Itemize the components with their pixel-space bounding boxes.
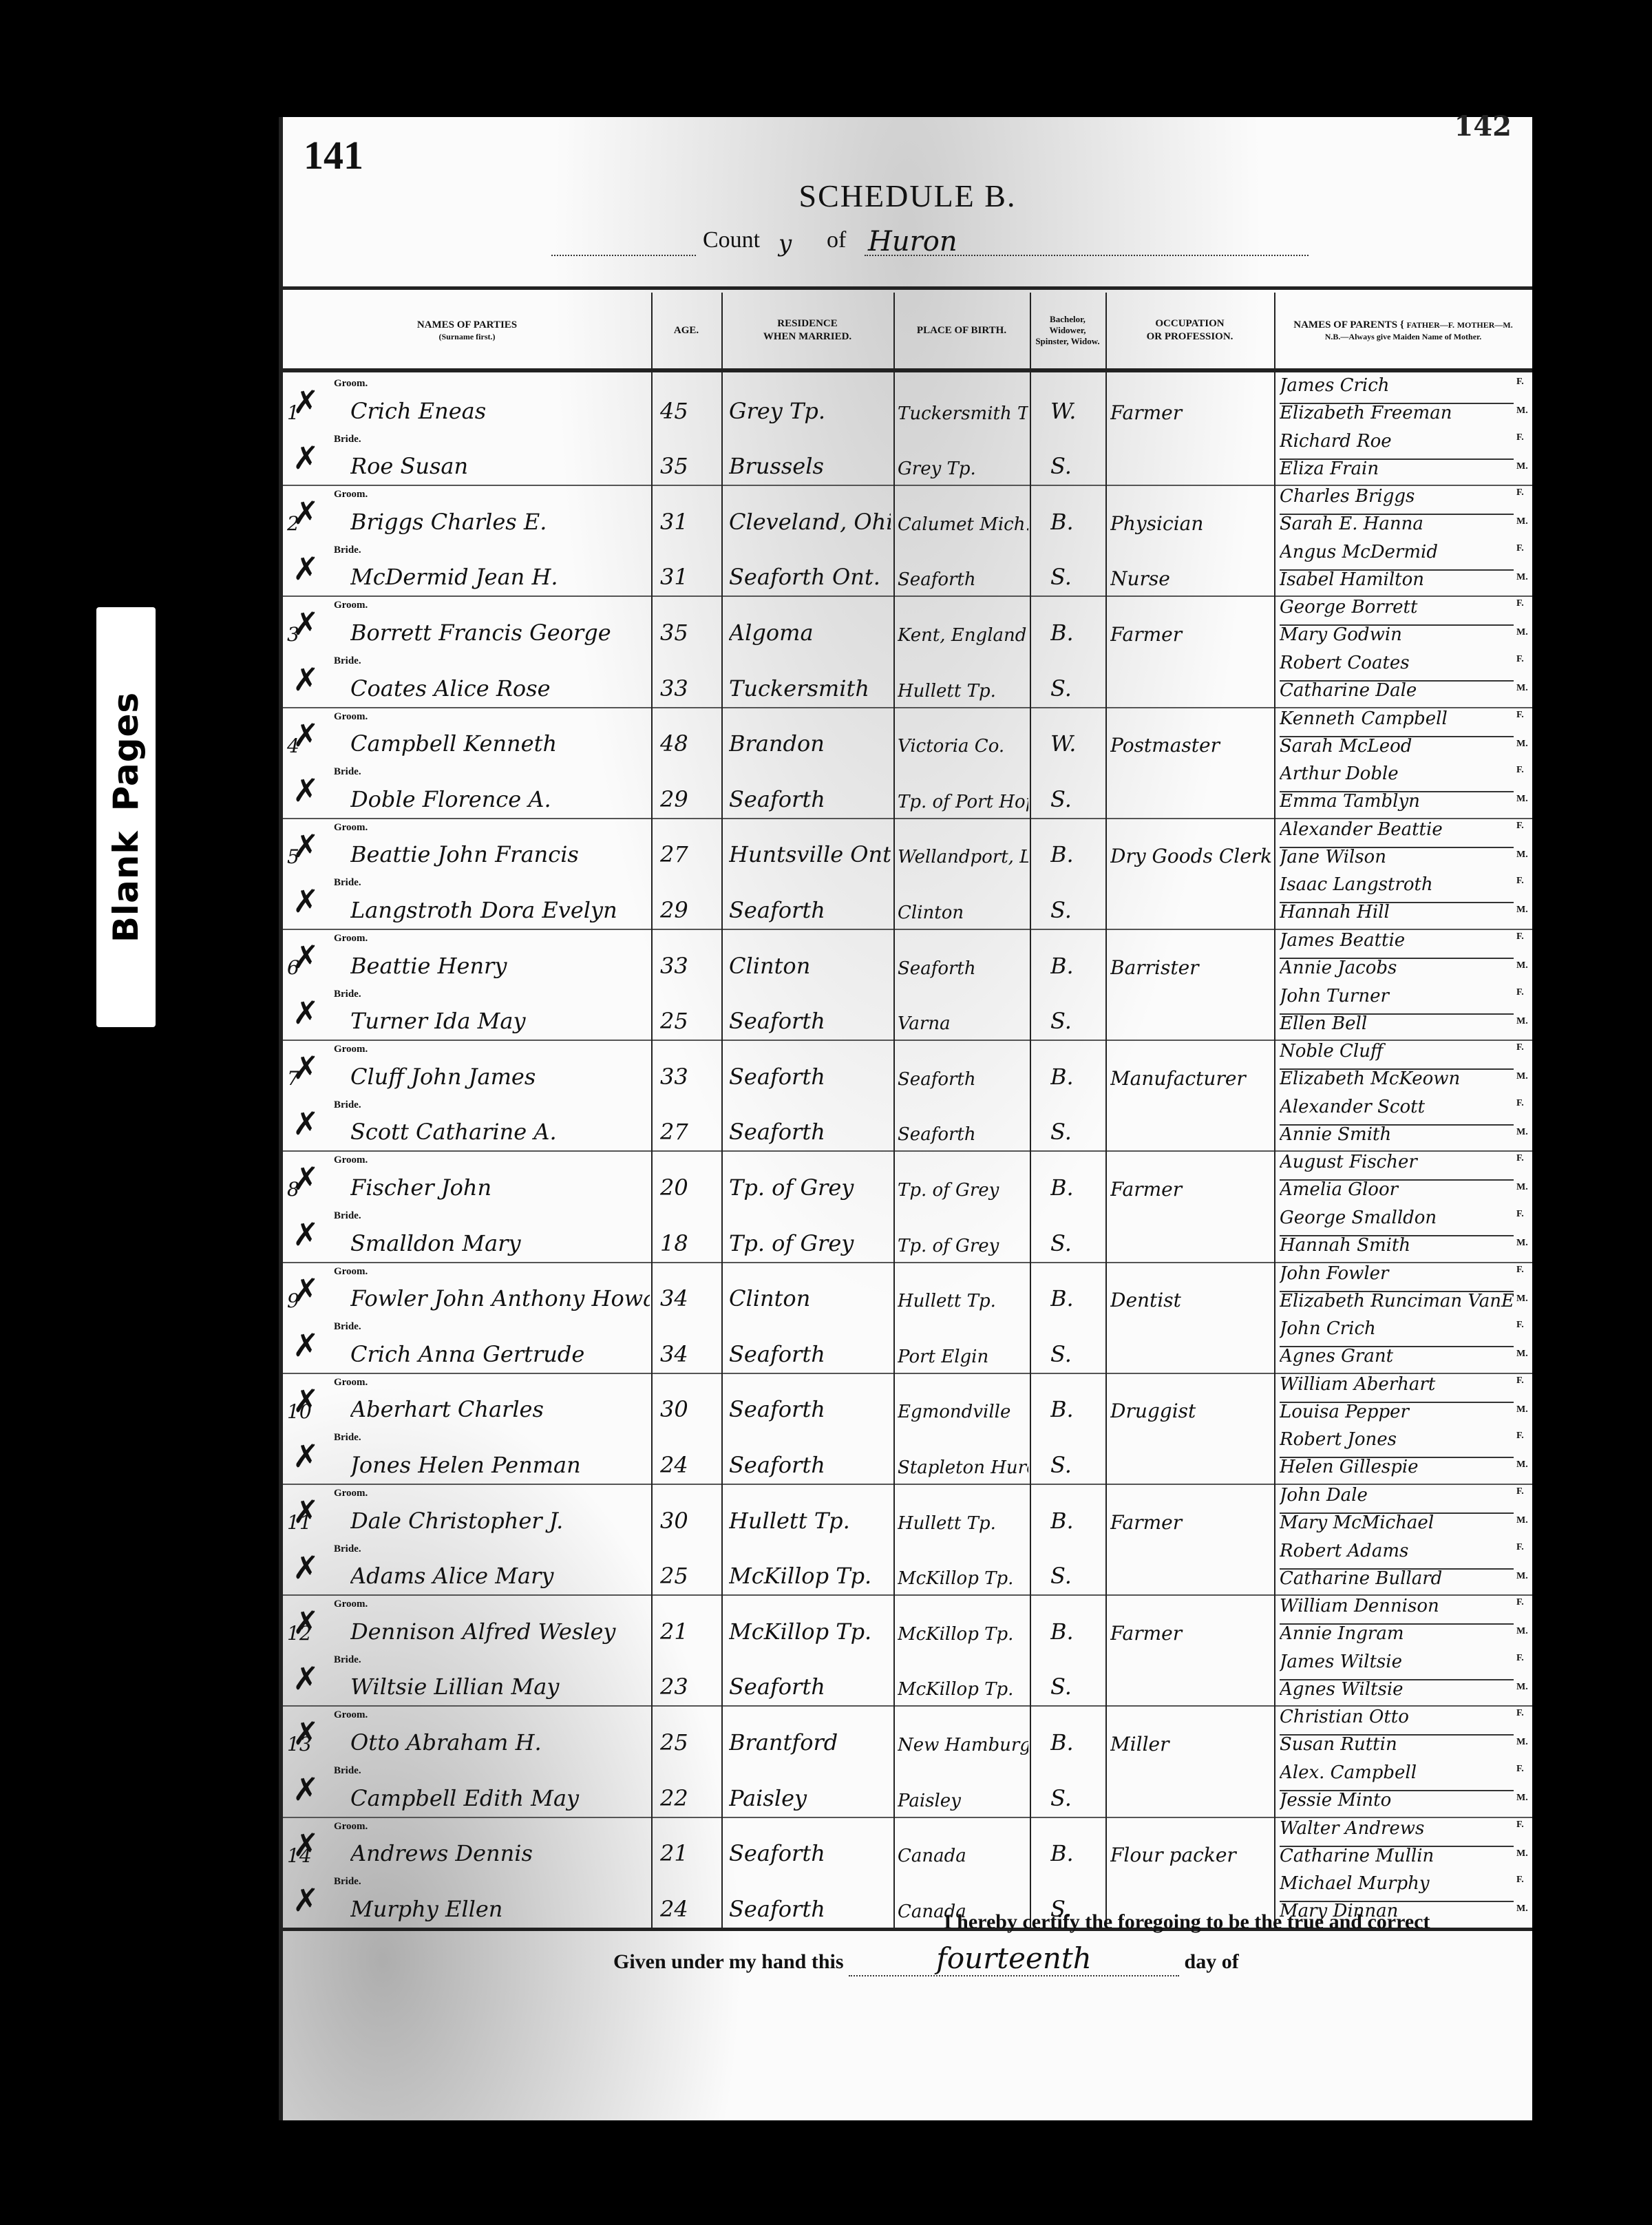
age: 23 <box>660 1674 719 1700</box>
residence: Seaforth <box>729 1341 891 1367</box>
party-name: Fowler John Anthony Howard <box>350 1285 650 1311</box>
age: 34 <box>660 1341 719 1367</box>
mother-label: M. <box>1516 739 1528 750</box>
father-label: F. <box>1516 1708 1524 1719</box>
residence: McKillop Tp. <box>729 1618 891 1645</box>
age: 34 <box>660 1285 719 1311</box>
residence: Seaforth <box>729 1674 891 1700</box>
mother-name: Jessie Minto <box>1280 1790 1514 1817</box>
check-mark-icon: ✗ <box>293 1771 319 1808</box>
father-label: F. <box>1516 1764 1524 1775</box>
table-row: ✗ 11 Groom. Dale Christopher J. 30 Hulle… <box>283 1484 1532 1539</box>
table-row: ✗ Bride. Coates Alice Rose 33 Tuckersmit… <box>283 651 1532 708</box>
entry-number: 3 <box>287 623 299 646</box>
county-of-label: of <box>827 227 846 253</box>
mother-name: Ellen Bell <box>1280 1013 1514 1041</box>
birthplace: Clinton <box>898 903 1028 923</box>
father-label: F. <box>1516 1431 1524 1442</box>
party-name: Briggs Charles E. <box>350 509 650 535</box>
age: 24 <box>660 1896 719 1922</box>
residence: Seaforth <box>729 1896 891 1922</box>
party-name: Cluff John James <box>350 1064 650 1090</box>
mother-name: Sarah E. Hanna <box>1280 514 1514 541</box>
marital-status: B. <box>1050 1508 1099 1534</box>
role-label: Groom. <box>334 1044 368 1055</box>
father-label: F. <box>1516 1153 1524 1164</box>
mother-name: Catharine Bullard <box>1280 1568 1514 1596</box>
role-label: Bride. <box>334 1543 361 1555</box>
father-name: George Borrett <box>1280 597 1514 626</box>
party-name: Doble Florence A. <box>350 786 650 812</box>
mother-name: Hannah Smith <box>1280 1235 1514 1263</box>
occupation: Dentist <box>1110 1289 1273 1311</box>
marital-status: B. <box>1050 1064 1099 1090</box>
party-name: Beattie Henry <box>350 953 650 979</box>
check-mark-icon: ✗ <box>293 883 319 920</box>
table-row: ✗ Bride. Scott Catharine A. 27 Seaforth … <box>283 1095 1532 1152</box>
schedule-title: SCHEDULE B. <box>283 178 1532 214</box>
marital-status: S. <box>1050 786 1099 812</box>
father-name: James Wiltsie <box>1280 1652 1514 1680</box>
check-mark-icon: ✗ <box>293 772 319 809</box>
role-label: Groom. <box>334 822 368 834</box>
father-name: Richard Roe <box>1280 431 1514 460</box>
entry-number: 1 <box>287 401 299 424</box>
table-row: ✗ Bride. Smalldon Mary 18 Tp. of Grey Tp… <box>283 1206 1532 1263</box>
mother-label: M. <box>1516 905 1528 916</box>
table-body: ✗ 1 Groom. Crich Eneas 45 Grey Tp. Tucke… <box>283 374 1532 1930</box>
party-name: Fischer John <box>350 1174 650 1201</box>
table-row: ✗ Bride. Doble Florence A. 29 Seaforth T… <box>283 762 1532 819</box>
check-mark-icon: ✗ <box>293 1105 319 1142</box>
county-dotted-rule <box>551 255 696 256</box>
check-mark-icon: ✗ <box>293 1881 319 1919</box>
column-divider <box>651 293 653 1928</box>
father-name: Robert Coates <box>1280 653 1514 682</box>
role-label: Bride. <box>334 989 361 1000</box>
birthplace: Paisley <box>898 1791 1028 1811</box>
father-name: John Dale <box>1280 1485 1514 1514</box>
table-row: ✗ 1 Groom. Crich Eneas 45 Grey Tp. Tucke… <box>283 374 1532 430</box>
residence: McKillop Tp. <box>729 1563 891 1589</box>
birthplace: Seaforth <box>898 1124 1028 1145</box>
party-name: Otto Abraham H. <box>350 1729 650 1755</box>
mother-name: Amelia Gloor <box>1280 1179 1514 1207</box>
county-line: Count y of Huron <box>551 227 1309 260</box>
residence: Seaforth <box>729 1452 891 1478</box>
marital-status: S. <box>1050 675 1099 702</box>
mother-label: M. <box>1516 1294 1528 1305</box>
entry-number: 13 <box>287 1733 312 1755</box>
birthplace: Hullett Tp. <box>898 1291 1028 1311</box>
father-label: F. <box>1516 710 1524 721</box>
entry-number: 4 <box>287 735 299 757</box>
residence: Seaforth <box>729 1396 891 1422</box>
party-name: Crich Anna Gertrude <box>350 1341 650 1367</box>
role-label: Groom. <box>334 1488 368 1499</box>
birthplace: Hullett Tp. <box>898 681 1028 702</box>
residence: Seaforth <box>729 897 891 923</box>
mother-name: Elizabeth Freeman <box>1280 403 1514 430</box>
check-mark-icon: ✗ <box>293 1216 319 1253</box>
father-label: F. <box>1516 931 1524 942</box>
occupation: Druggist <box>1110 1400 1273 1422</box>
marital-status: S. <box>1050 1674 1099 1700</box>
father-label: F. <box>1516 377 1524 388</box>
birthplace: Stapleton Huron Co. <box>898 1457 1028 1478</box>
entry-number: 7 <box>287 1067 299 1090</box>
mother-label: M. <box>1516 1349 1528 1360</box>
column-divider <box>1105 293 1107 1928</box>
father-name: James Beattie <box>1280 930 1514 959</box>
father-name: William Dennison <box>1280 1596 1514 1625</box>
age: 22 <box>660 1785 719 1811</box>
mother-name: Agnes Grant <box>1280 1346 1514 1373</box>
mother-name: Helen Gillespie <box>1280 1457 1514 1484</box>
mother-label: M. <box>1516 516 1528 527</box>
table-row: ✗ 13 Groom. Otto Abraham H. 25 Brantford… <box>283 1705 1532 1761</box>
father-name: William Aberhart <box>1280 1374 1514 1403</box>
party-name: Andrews Dennis <box>350 1840 650 1866</box>
father-name: August Fischer <box>1280 1152 1514 1181</box>
age: 27 <box>660 1119 719 1145</box>
mother-name: Elizabeth Runciman VanEgmond <box>1280 1291 1514 1318</box>
role-label: Bride. <box>334 1321 361 1333</box>
birthplace: McKillop Tp. <box>898 1568 1028 1589</box>
father-name: George Smalldon <box>1280 1208 1514 1236</box>
marital-status: S. <box>1050 1563 1099 1589</box>
table-row: ✗ 14 Groom. Andrews Dennis 21 Seaforth C… <box>283 1817 1532 1873</box>
birthplace: Kent, England <box>898 625 1028 646</box>
header-residence: Residencewhen Married. <box>721 293 893 368</box>
father-name: Robert Jones <box>1280 1429 1514 1458</box>
occupation: Dry Goods Clerk <box>1110 845 1273 867</box>
age: 25 <box>660 1563 719 1589</box>
residence: Hullett Tp. <box>729 1508 891 1534</box>
age: 33 <box>660 1064 719 1090</box>
birthplace: New Hamburg <box>898 1735 1028 1755</box>
check-mark-icon: ✗ <box>293 439 319 476</box>
father-name: Isaac Langstroth <box>1280 874 1514 903</box>
father-name: Charles Briggs <box>1280 486 1514 515</box>
table-header: Names of Parties(Surname first.) Age. Re… <box>283 293 1532 368</box>
marital-status: S. <box>1050 1008 1099 1034</box>
party-name: McDermid Jean H. <box>350 564 650 590</box>
father-label: F. <box>1516 1542 1524 1553</box>
header-parents: Names of Parents { Father—F. Mother—M. N… <box>1274 293 1532 368</box>
role-label: Bride. <box>334 1099 361 1111</box>
mother-label: M. <box>1516 1515 1528 1526</box>
table-row: ✗ 5 Groom. Beattie John Francis 27 Hunts… <box>283 818 1532 874</box>
party-name: Campbell Kenneth <box>350 730 650 757</box>
birthplace: Wellandport, Lincoln <box>898 847 1028 867</box>
role-label: Bride. <box>334 1765 361 1777</box>
birthplace: Tp. of Grey <box>898 1180 1028 1201</box>
age: 29 <box>660 786 719 812</box>
birthplace: Calumet Mich. <box>898 514 1028 535</box>
mother-name: Annie Smith <box>1280 1124 1514 1152</box>
role-label: Bride. <box>334 1210 361 1222</box>
occupation: Physician <box>1110 512 1273 535</box>
father-name: John Crich <box>1280 1318 1514 1347</box>
father-label: F. <box>1516 432 1524 443</box>
table-row: ✗ Bride. Jones Helen Penman 24 Seaforth … <box>283 1428 1532 1485</box>
residence: Seaforth <box>729 1008 891 1034</box>
father-label: F. <box>1516 765 1524 776</box>
mother-label: M. <box>1516 1682 1528 1693</box>
birthplace: Seaforth <box>898 1069 1028 1090</box>
father-name: Noble Cluff <box>1280 1041 1514 1070</box>
residence: Seaforth Ont. <box>729 564 891 590</box>
residence: Tuckersmith <box>729 675 891 702</box>
marital-status: S. <box>1050 1230 1099 1256</box>
marital-status: B. <box>1050 841 1099 867</box>
entry-number: 14 <box>287 1844 312 1867</box>
father-name: John Fowler <box>1280 1263 1514 1292</box>
residence: Huntsville Ont. <box>729 841 891 867</box>
age: 27 <box>660 841 719 867</box>
father-label: F. <box>1516 1486 1524 1497</box>
mother-name: Sarah McLeod <box>1280 736 1514 763</box>
check-mark-icon: ✗ <box>293 1549 319 1586</box>
marital-status: W. <box>1050 398 1099 424</box>
table-row: ✗ 7 Groom. Cluff John James 33 Seaforth … <box>283 1040 1532 1095</box>
father-name: Arthur Doble <box>1280 763 1514 792</box>
table-row: ✗ Bride. Adams Alice Mary 25 McKillop Tp… <box>283 1539 1532 1596</box>
header-age: Age. <box>651 293 721 368</box>
father-name: Alexander Beattie <box>1280 819 1514 848</box>
certification-prefix: Given under my hand this <box>613 1950 844 1973</box>
age: 33 <box>660 675 719 702</box>
table-row: ✗ Bride. Campbell Edith May 22 Paisley P… <box>283 1761 1532 1818</box>
certification-line-2: Given under my hand this fourteenth day … <box>613 1941 1652 1976</box>
county-name-rule <box>865 255 1309 256</box>
age: 25 <box>660 1008 719 1034</box>
father-name: James Crich <box>1280 375 1514 404</box>
mother-name: Emma Tamblyn <box>1280 791 1514 819</box>
entry-number: 8 <box>287 1178 299 1201</box>
father-label: F. <box>1516 876 1524 887</box>
marital-status: S. <box>1050 1785 1099 1811</box>
mother-label: M. <box>1516 1182 1528 1193</box>
father-name: John Turner <box>1280 986 1514 1015</box>
occupation: Nurse <box>1110 567 1273 590</box>
entry-number: 10 <box>287 1400 312 1423</box>
father-label: F. <box>1516 1875 1524 1886</box>
blank-label: Blank <box>106 830 146 942</box>
age: 20 <box>660 1174 719 1201</box>
birthplace: Seaforth <box>898 958 1028 979</box>
mother-label: M. <box>1516 1793 1528 1804</box>
birthplace: Seaforth <box>898 569 1028 590</box>
father-label: F. <box>1516 1265 1524 1276</box>
party-name: Wiltsie Lillian May <box>350 1674 650 1700</box>
mother-label: M. <box>1516 1459 1528 1470</box>
birthplace: Port Elgin <box>898 1347 1028 1367</box>
residence: Cleveland, Ohio <box>729 509 891 535</box>
column-divider <box>1030 293 1031 1928</box>
age: 21 <box>660 1618 719 1645</box>
mother-label: M. <box>1516 960 1528 971</box>
residence: Paisley <box>729 1785 891 1811</box>
age: 25 <box>660 1729 719 1755</box>
mother-label: M. <box>1516 1626 1528 1637</box>
father-label: F. <box>1516 1375 1524 1386</box>
father-label: F. <box>1516 1209 1524 1220</box>
prior-page-number-fragment: 142 <box>1454 110 1512 143</box>
mother-name: Mary McMichael <box>1280 1512 1514 1540</box>
table-row: ✗ Bride. Langstroth Dora Evelyn 29 Seafo… <box>283 873 1532 930</box>
occupation: Farmer <box>1110 1178 1273 1201</box>
mother-name: Catharine Mullin <box>1280 1846 1514 1873</box>
check-mark-icon: ✗ <box>293 661 319 698</box>
role-label: Bride. <box>334 766 361 778</box>
register-page: 141 142 SCHEDULE B. Count y of Huron Nam… <box>279 117 1532 2120</box>
party-name: Turner Ida May <box>350 1008 650 1034</box>
header-birthplace: Place of Birth. <box>893 293 1030 368</box>
father-label: F. <box>1516 543 1524 554</box>
age: 30 <box>660 1396 719 1422</box>
blank-pages-tab[interactable]: BlankPages <box>96 607 156 1027</box>
residence: Seaforth <box>729 786 891 812</box>
mother-label: M. <box>1516 794 1528 805</box>
birthplace: McKillop Tp. <box>898 1679 1028 1700</box>
occupation: Farmer <box>1110 1622 1273 1645</box>
certification-suffix: day of <box>1185 1950 1239 1973</box>
mother-label: M. <box>1516 1848 1528 1859</box>
header-status: Bachelor, Widower, Spinster, Widow. <box>1030 293 1105 368</box>
check-mark-icon: ✗ <box>293 994 319 1031</box>
entry-number: 12 <box>287 1622 312 1645</box>
mother-label: M. <box>1516 1071 1528 1082</box>
marital-status: B. <box>1050 509 1099 535</box>
role-label: Groom. <box>334 378 368 390</box>
mother-name: Hannah Hill <box>1280 902 1514 929</box>
age: 21 <box>660 1840 719 1866</box>
party-name: Campbell Edith May <box>350 1785 650 1811</box>
age: 35 <box>660 620 719 646</box>
entry-number: 5 <box>287 845 299 868</box>
age: 18 <box>660 1230 719 1256</box>
header-occupation: Occupationor Profession. <box>1105 293 1274 368</box>
header-bottom-rule <box>283 368 1532 372</box>
occupation: Farmer <box>1110 1511 1273 1534</box>
residence: Brantford <box>729 1729 891 1755</box>
party-name: Smalldon Mary <box>350 1230 650 1256</box>
role-label: Groom. <box>334 933 368 945</box>
marital-status: B. <box>1050 1840 1099 1866</box>
residence: Algoma <box>729 620 891 646</box>
table-row: ✗ Bride. Turner Ida May 25 Seaforth Varn… <box>283 984 1532 1042</box>
certification-day: fourteenth <box>849 1941 1179 1976</box>
party-name: Jones Helen Penman <box>350 1452 650 1478</box>
table-row: ✗ Bride. Crich Anna Gertrude 34 Seaforth… <box>283 1317 1532 1374</box>
mother-name: Jane Wilson <box>1280 847 1514 874</box>
birthplace: Tp. of Port Hope <box>898 792 1028 812</box>
age: 31 <box>660 564 719 590</box>
party-name: Roe Susan <box>350 453 650 479</box>
role-label: Groom. <box>334 711 368 723</box>
marital-status: S. <box>1050 1119 1099 1145</box>
table-row: ✗ 6 Groom. Beattie Henry 33 Clinton Seaf… <box>283 929 1532 984</box>
residence: Clinton <box>729 953 891 979</box>
party-name: Beattie John Francis <box>350 841 650 867</box>
role-label: Groom. <box>334 1821 368 1833</box>
birthplace: McKillop Tp. <box>898 1624 1028 1645</box>
age: 45 <box>660 398 719 424</box>
birthplace: Hullett Tp. <box>898 1513 1028 1534</box>
father-label: F. <box>1516 1098 1524 1109</box>
father-name: Christian Otto <box>1280 1707 1514 1736</box>
residence: Tp. of Grey <box>729 1230 891 1256</box>
father-label: F. <box>1516 987 1524 998</box>
role-label: Groom. <box>334 489 368 500</box>
residence: Tp. of Grey <box>729 1174 891 1201</box>
mother-name: Elizabeth McKeown <box>1280 1068 1514 1096</box>
role-label: Bride. <box>334 545 361 556</box>
residence: Brussels <box>729 453 891 479</box>
role-label: Bride. <box>334 877 361 889</box>
residence: Grey Tp. <box>729 398 891 424</box>
party-name: Dale Christopher J. <box>350 1508 650 1534</box>
blank-pages-label: BlankPages <box>106 682 146 952</box>
marital-status: B. <box>1050 953 1099 979</box>
mother-label: M. <box>1516 627 1528 638</box>
party-name: Murphy Ellen <box>350 1896 650 1922</box>
table-row: ✗ 2 Groom. Briggs Charles E. 31 Clevelan… <box>283 485 1532 540</box>
marital-status: B. <box>1050 1396 1099 1422</box>
occupation: Barrister <box>1110 956 1273 979</box>
mother-label: M. <box>1516 1238 1528 1249</box>
marital-status: B. <box>1050 1285 1099 1311</box>
marital-status: B. <box>1050 1729 1099 1755</box>
marital-status: S. <box>1050 453 1099 479</box>
party-name: Aberhart Charles <box>350 1396 650 1422</box>
party-name: Dennison Alfred Wesley <box>350 1618 650 1645</box>
check-mark-icon: ✗ <box>293 550 319 587</box>
role-label: Groom. <box>334 1266 368 1278</box>
father-label: F. <box>1516 598 1524 609</box>
header-names: Names of Parties(Surname first.) <box>283 293 651 368</box>
father-name: Alexander Scott <box>1280 1097 1514 1126</box>
table-row: ✗ 10 Groom. Aberhart Charles 30 Seaforth… <box>283 1373 1532 1428</box>
marital-status: S. <box>1050 897 1099 923</box>
county-label: Count <box>703 227 760 253</box>
mother-label: M. <box>1516 1127 1528 1138</box>
county-name: Huron <box>868 226 957 257</box>
county-suffix-handwritten: y <box>779 230 792 257</box>
mother-name: Annie Ingram <box>1280 1623 1514 1651</box>
marital-status: B. <box>1050 1618 1099 1645</box>
table-row: ✗ 9 Groom. Fowler John Anthony Howard 34… <box>283 1262 1532 1318</box>
occupation: Farmer <box>1110 401 1273 424</box>
residence: Seaforth <box>729 1840 891 1866</box>
age: 33 <box>660 953 719 979</box>
column-divider <box>893 293 895 1928</box>
table-row: ✗ Bride. Roe Susan 35 Brussels Grey Tp. … <box>283 430 1532 487</box>
role-label: Groom. <box>334 1599 368 1610</box>
party-name: Scott Catharine A. <box>350 1119 650 1145</box>
residence: Brandon <box>729 730 891 757</box>
party-name: Crich Eneas <box>350 398 650 424</box>
check-mark-icon: ✗ <box>293 1437 319 1475</box>
father-label: F. <box>1516 1820 1524 1831</box>
party-name: Langstroth Dora Evelyn <box>350 897 650 923</box>
marital-status: S. <box>1050 1341 1099 1367</box>
age: 30 <box>660 1508 719 1534</box>
mother-label: M. <box>1516 683 1528 694</box>
role-label: Groom. <box>334 1154 368 1166</box>
